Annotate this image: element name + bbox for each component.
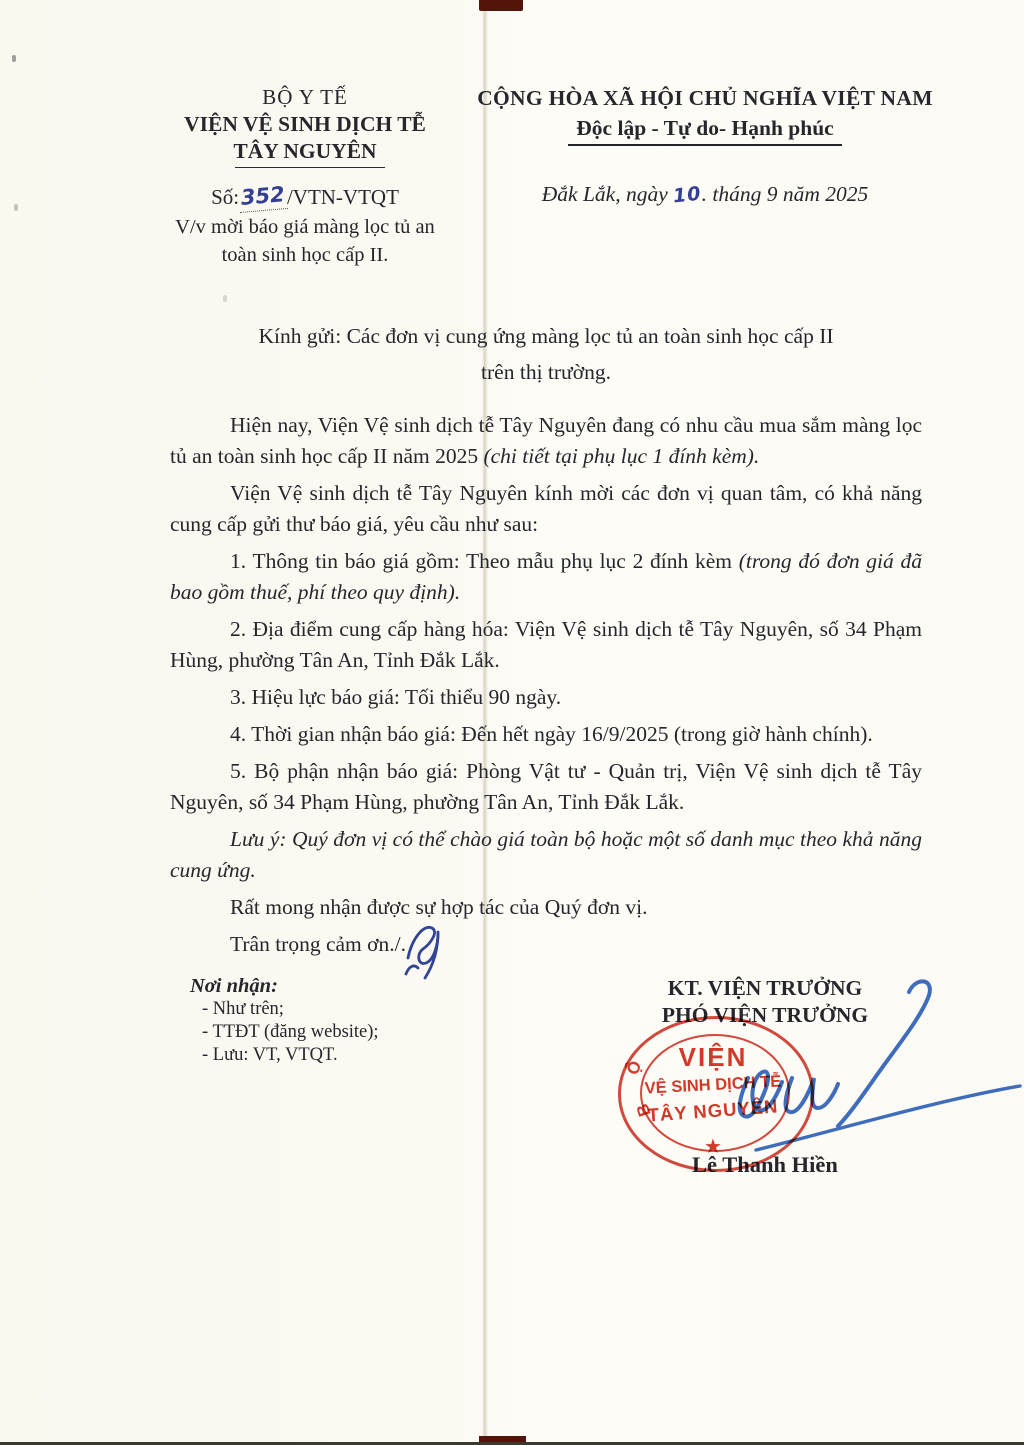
body-paragraph-4: 2. Địa điểm cung cấp hàng hóa: Viện Vệ s… — [170, 614, 922, 676]
body-paragraph-7: 5. Bộ phận nhận báo giá: Phòng Vật tư - … — [170, 756, 922, 818]
body-paragraph-9: Rất mong nhận được sự hợp tác của Quý đơ… — [170, 892, 922, 923]
closing-line: Trân trọng cảm ơn./. — [170, 929, 922, 960]
recipient-item: - Như trên; — [202, 998, 490, 1021]
paragraph-text: 1. Thông tin báo giá gồm: Theo mẫu phụ l… — [230, 549, 739, 573]
recipients-heading: Nơi nhận: — [190, 975, 490, 998]
paragraph-text: 5. Bộ phận nhận báo giá: Phòng Vật tư - … — [170, 759, 922, 814]
scan-speck — [12, 55, 16, 62]
dateline: Đắk Lắk, ngày 10. tháng 9 năm 2025 — [468, 182, 942, 207]
paragraph-text: 2. Địa điểm cung cấp hàng hóa: Viện Vệ s… — [170, 617, 922, 672]
institute-name-line1: VIỆN VỆ SINH DỊCH TỄ — [140, 111, 470, 138]
scan-artifact-top — [479, 0, 523, 11]
document-subject-line1: V/v mời báo giá màng lọc tủ an — [140, 214, 470, 240]
recipient-item: - Lưu: VT, VTQT. — [202, 1044, 490, 1067]
salutation-line2: trên thị trường. — [170, 354, 922, 390]
paragraph-text: 3. Hiệu lực báo giá: Tối thiểu 90 ngày. — [230, 685, 561, 709]
scan-speck — [14, 204, 18, 211]
paragraph-text: Trân trọng cảm ơn./. — [230, 932, 406, 956]
paragraph-italic-text: (chi tiết tại phụ lục 1 đính kèm). — [483, 444, 759, 468]
body-paragraph-3: 1. Thông tin báo giá gồm: Theo mẫu phụ l… — [170, 546, 922, 608]
body-paragraph-2: Viện Vệ sinh dịch tễ Tây Nguyên kính mời… — [170, 478, 922, 540]
issuer-header: BỘ Y TẾ VIỆN VỆ SINH DỊCH TỄ TÂY NGUYÊN … — [140, 84, 470, 268]
dateline-prefix: Đắk Lắk, ngày — [542, 182, 668, 206]
ministry-name: BỘ Y TẾ — [140, 84, 470, 111]
handwritten-initial — [392, 916, 454, 984]
body-paragraph-5: 3. Hiệu lực báo giá: Tối thiểu 90 ngày. — [170, 682, 922, 713]
salutation-line1: Kính gửi: Các đơn vị cung ứng màng lọc t… — [170, 318, 922, 354]
paragraph-text: Viện Vệ sinh dịch tễ Tây Nguyên kính mời… — [170, 481, 922, 536]
scan-speck — [223, 295, 227, 302]
document-number-label: Số: — [211, 185, 239, 209]
paragraph-text: 4. Thời gian nhận báo giá: Đến hết ngày … — [230, 722, 873, 746]
salutation: Kính gửi: Các đơn vị cung ứng màng lọc t… — [170, 318, 922, 390]
national-motto-line1: CỘNG HÒA XÃ HỘI CHỦ NGHĨA VIỆT NAM — [468, 86, 942, 111]
document-number-suffix: /VTN-VTQT — [287, 185, 399, 209]
national-header: CỘNG HÒA XÃ HỘI CHỦ NGHĨA VIỆT NAM Độc l… — [468, 86, 942, 207]
national-motto-line2: Độc lập - Tự do- Hạnh phúc — [568, 116, 841, 146]
institute-underline — [235, 167, 385, 168]
recipient-item: - TTĐT (đăng website); — [202, 1021, 490, 1044]
institute-name-line2: TÂY NGUYÊN — [140, 138, 470, 165]
paragraph-italic-text: Lưu ý: Quý đơn vị có thể chào giá toàn b… — [170, 827, 922, 882]
dateline-day-handwritten: 10 — [672, 183, 703, 208]
dateline-suffix: . tháng 9 năm 2025 — [702, 182, 869, 206]
document-number-handwritten: 352 — [238, 181, 288, 213]
body-paragraph-note: Lưu ý: Quý đơn vị có thể chào giá toàn b… — [170, 824, 922, 886]
document-subject-line2: toàn sinh học cấp II. — [140, 242, 470, 268]
document-number-line: Số:352/VTN-VTQT — [140, 184, 470, 212]
letter-body: Hiện nay, Viện Vệ sinh dịch tễ Tây Nguyê… — [170, 410, 922, 966]
body-paragraph-1: Hiện nay, Viện Vệ sinh dịch tễ Tây Nguyê… — [170, 410, 922, 472]
handwritten-signature — [700, 958, 1024, 1176]
recipients-block: Nơi nhận: - Như trên; - TTĐT (đăng websi… — [190, 975, 490, 1067]
body-paragraph-6: 4. Thời gian nhận báo giá: Đến hết ngày … — [170, 719, 922, 750]
